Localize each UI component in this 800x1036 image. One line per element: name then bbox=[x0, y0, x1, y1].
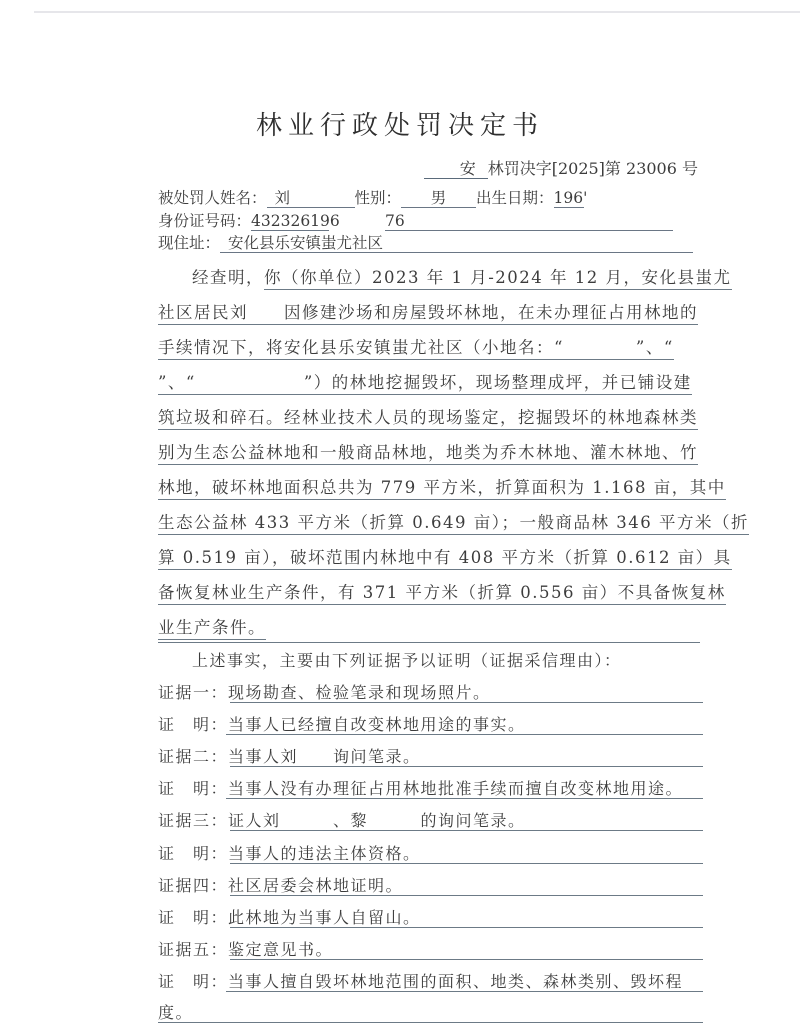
facts-line: 备恢复林业生产条件，有 371 平方米（折算 0.556 亩）不具备恢复林 bbox=[158, 581, 726, 611]
evidence-proof-row: 证 明：当事人擅自毁坏林地范围的面积、地类、森林类别、毁坏程 bbox=[158, 969, 703, 992]
id-label: 身份证号码： bbox=[158, 212, 251, 230]
gender-label: 性别： bbox=[355, 189, 402, 207]
address-label: 现住址： bbox=[158, 234, 220, 252]
evidence-row: 证据二：当事人刘 询问笔录。 bbox=[158, 744, 703, 767]
address-field: 安化县乐安镇蚩尤社区 bbox=[220, 234, 693, 253]
evidence-row: 证据一：现场勘查、检验笔录和现场照片。 bbox=[158, 680, 703, 703]
evidence-intro: 上述事实，主要由下列证据予以证明（证据采信理由）： bbox=[192, 648, 737, 671]
facts-line: 算 0.519 亩），破坏范围内林地中有 408 平方米（折算 0.612 亩）… bbox=[158, 546, 732, 576]
evidence-row: 证据四：社区居委会林地证明。 bbox=[158, 873, 703, 896]
facts-end-underline bbox=[158, 642, 700, 643]
facts-line: 别为生态公益林地和一般商品林地，地类为乔木林地、灌木林地、竹 bbox=[158, 441, 698, 471]
party-name-row: 被处罚人姓名：刘性别：男出生日期：196' bbox=[158, 188, 700, 208]
name-field: 刘 bbox=[267, 189, 355, 208]
birth-field: 196' bbox=[554, 189, 584, 208]
doc-number-suffix: 林罚决字[2025]第 23006 号 bbox=[488, 159, 698, 178]
facts-line: 筑垃圾和碎石。经林业技术人员的现场鉴定，挖掘毁坏的林地森林类 bbox=[158, 406, 698, 436]
facts-line: ”、“ ”）的林地挖掘毁坏，现场整理成坪，并已铺设建 bbox=[158, 371, 692, 401]
name-label: 被处罚人姓名： bbox=[158, 189, 267, 207]
party-address-row: 现住址：安化县乐安镇蚩尤社区 bbox=[158, 233, 700, 253]
facts-line: 社区居民刘 因修建沙场和房屋毁坏林地，在未办理征占用林地的 bbox=[158, 301, 698, 331]
facts-line: 手续情况下，将安化县乐安镇蚩尤社区（小地名：“ ”、“ bbox=[158, 336, 674, 366]
id-field-part2: 76 bbox=[385, 212, 673, 231]
id-field-part1: 432326196 bbox=[251, 212, 329, 231]
birth-label: 出生日期： bbox=[476, 189, 554, 207]
evidence-proof-row: 证 明：当事人的违法主体资格。 bbox=[158, 841, 703, 864]
evidence-row: 证据五：鉴定意见书。 bbox=[158, 937, 703, 960]
document-number: 安林罚决字[2025]第 23006 号 bbox=[424, 156, 698, 179]
evidence-proof-row: 证 明：此林地为当事人自留山。 bbox=[158, 905, 703, 928]
facts-line: 经查明，你（你单位）2023 年 1 月-2024 年 12 月，安化县蚩尤 bbox=[192, 266, 732, 296]
doc-number-prefix: 安 bbox=[424, 160, 488, 179]
party-id-row: 身份证号码：43232619676 bbox=[158, 211, 700, 231]
document-title: 林业行政处罚决定书 bbox=[0, 105, 800, 142]
evidence-row: 证据三：证人刘 、黎 的询问笔录。 bbox=[158, 808, 703, 831]
gender-field: 男 bbox=[401, 189, 476, 208]
evidence-proof-row: 证 明：当事人已经擅自改变林地用途的事实。 bbox=[158, 712, 703, 735]
evidence-proof-row: 证 明：当事人没有办理征占用林地批准手续而擅自改变林地用途。 bbox=[158, 776, 703, 799]
page-top-edge bbox=[34, 11, 800, 13]
facts-line: 生态公益林 433 平方米（折算 0.649 亩）；一般商品林 346 平方米（… bbox=[158, 511, 749, 541]
evidence-proof-row-continued: 度。 bbox=[158, 1000, 703, 1023]
facts-line: 林地，破坏林地面积总共为 779 平方米，折算面积为 1.168 亩，其中 bbox=[158, 476, 726, 506]
